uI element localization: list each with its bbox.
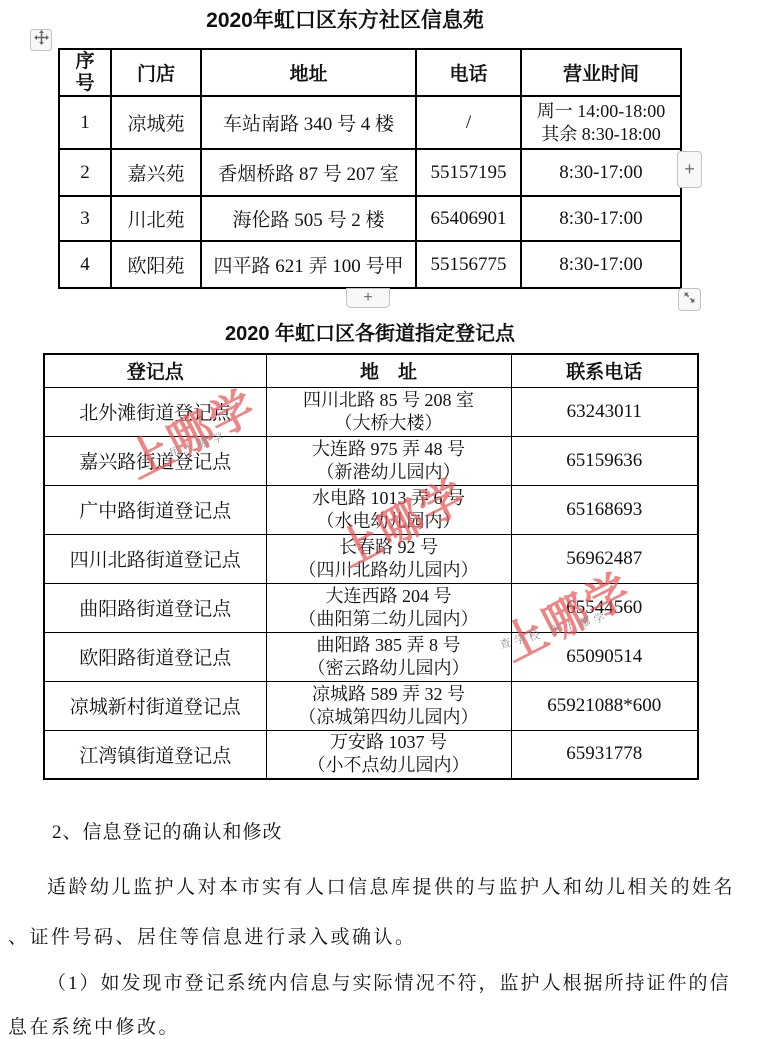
cell-address: 海伦路 505 号 2 楼 — [201, 196, 416, 241]
cell-address: 凉城路 589 弄 32 号 （凉城第四幼儿园内） — [266, 681, 511, 730]
paragraph-line: 、证件号码、居住等信息进行录入或确认。 — [8, 922, 417, 949]
cell-address: 大连西路 204 号 （曲阳第二幼儿园内） — [266, 583, 511, 632]
table-move-handle[interactable] — [30, 29, 52, 51]
header-address: 地址 — [201, 49, 416, 96]
cell-phone: 65090514 — [511, 632, 698, 681]
cell-address: 万安路 1037 号 （小不点幼儿园内） — [266, 730, 511, 779]
paragraph-line: （1）如发现市登记系统内信息与实际情况不符，监护人根据所持证件的信 — [47, 968, 731, 995]
cell-hours: 8:30-17:00 — [521, 196, 681, 241]
cell-store: 川北苑 — [111, 196, 201, 241]
table-row: 广中路街道登记点 水电路 1013 弄 6 号 （水电幼儿园内） 6516869… — [44, 485, 698, 534]
community-info-table: 序号 门店 地址 电话 营业时间 1 凉城苑 车站南路 340 号 4 楼 / … — [58, 48, 682, 289]
paragraph-line: 息在系统中修改。 — [8, 1012, 180, 1039]
table2-title: 2020 年虹口区各街道指定登记点 — [43, 317, 697, 346]
cell-no: 3 — [59, 196, 111, 241]
cell-point: 江湾镇街道登记点 — [44, 730, 266, 779]
add-column-button[interactable]: + — [677, 151, 702, 188]
registration-points-table: 登记点 地 址 联系电话 北外滩街道登记点 四川北路 85 号 208 室 （大… — [43, 353, 699, 780]
add-row-button[interactable]: + — [346, 288, 390, 308]
header-registration-point: 登记点 — [44, 354, 266, 387]
table-row: 江湾镇街道登记点 万安路 1037 号 （小不点幼儿园内） 65931778 — [44, 730, 698, 779]
table-row: 嘉兴路街道登记点 大连路 975 弄 48 号 （新港幼儿园内） 6515963… — [44, 436, 698, 485]
cell-phone: 65159636 — [511, 436, 698, 485]
table-row: 欧阳路街道登记点 曲阳路 385 弄 8 号 （密云路幼儿园内） 6509051… — [44, 632, 698, 681]
cell-phone: 65931778 — [511, 730, 698, 779]
cell-point: 凉城新村街道登记点 — [44, 681, 266, 730]
cell-address: 长春路 92 号 （四川北路幼儿园内） — [266, 534, 511, 583]
cell-store: 凉城苑 — [111, 96, 201, 149]
cell-phone: 65406901 — [416, 196, 521, 241]
cell-phone: 65544560 — [511, 583, 698, 632]
table-row: 2 嘉兴苑 香烟桥路 87 号 207 室 55157195 8:30-17:0… — [59, 149, 681, 196]
header-store: 门店 — [111, 49, 201, 96]
cell-store: 嘉兴苑 — [111, 149, 201, 196]
cell-no: 4 — [59, 241, 111, 288]
resize-icon — [683, 291, 696, 309]
cell-phone: 55157195 — [416, 149, 521, 196]
cell-hours: 8:30-17:00 — [521, 241, 681, 288]
cell-address: 香烟桥路 87 号 207 室 — [201, 149, 416, 196]
table-resize-handle[interactable] — [678, 288, 701, 311]
cell-phone: 63243011 — [511, 387, 698, 436]
table-row: 4 欧阳苑 四平路 621 弄 100 号甲 55156775 8:30-17:… — [59, 241, 681, 288]
cell-address: 四平路 621 弄 100 号甲 — [201, 241, 416, 288]
table-row: 北外滩街道登记点 四川北路 85 号 208 室 （大桥大楼） 63243011 — [44, 387, 698, 436]
cell-phone: / — [416, 96, 521, 149]
cell-point: 曲阳路街道登记点 — [44, 583, 266, 632]
paragraph-line: 适龄幼儿监护人对本市实有人口信息库提供的与监护人和幼儿相关的姓名 — [47, 872, 735, 899]
cell-hours: 8:30-17:00 — [521, 149, 681, 196]
table-row: 1 凉城苑 车站南路 340 号 4 楼 / 周一 14:00-18:00 其余… — [59, 96, 681, 149]
table-header-row: 登记点 地 址 联系电话 — [44, 354, 698, 387]
cell-point: 北外滩街道登记点 — [44, 387, 266, 436]
table-row: 曲阳路街道登记点 大连西路 204 号 （曲阳第二幼儿园内） 65544560 — [44, 583, 698, 632]
cell-address: 车站南路 340 号 4 楼 — [201, 96, 416, 149]
header-no: 序号 — [59, 49, 111, 96]
document-page: 2020年虹口区东方社区信息苑 序号 门店 地址 电话 营业时间 1 凉城苑 车… — [0, 0, 769, 1039]
cell-store: 欧阳苑 — [111, 241, 201, 288]
cell-point: 四川北路街道登记点 — [44, 534, 266, 583]
header-address: 地 址 — [266, 354, 511, 387]
cell-address: 大连路 975 弄 48 号 （新港幼儿园内） — [266, 436, 511, 485]
cell-point: 嘉兴路街道登记点 — [44, 436, 266, 485]
header-hours: 营业时间 — [521, 49, 681, 96]
header-contact-phone: 联系电话 — [511, 354, 698, 387]
cell-no: 1 — [59, 96, 111, 149]
cell-phone: 56962487 — [511, 534, 698, 583]
table-row: 凉城新村街道登记点 凉城路 589 弄 32 号 （凉城第四幼儿园内） 6592… — [44, 681, 698, 730]
table-row: 四川北路街道登记点 长春路 92 号 （四川北路幼儿园内） 56962487 — [44, 534, 698, 583]
header-phone: 电话 — [416, 49, 521, 96]
cell-address: 水电路 1013 弄 6 号 （水电幼儿园内） — [266, 485, 511, 534]
table1-title: 2020年虹口区东方社区信息苑 — [0, 4, 690, 34]
section-heading: 2、信息登记的确认和修改 — [52, 817, 283, 844]
cell-hours: 周一 14:00-18:00 其余 8:30-18:00 — [521, 96, 681, 149]
cell-address: 四川北路 85 号 208 室 （大桥大楼） — [266, 387, 511, 436]
cell-address: 曲阳路 385 弄 8 号 （密云路幼儿园内） — [266, 632, 511, 681]
cell-point: 广中路街道登记点 — [44, 485, 266, 534]
cell-point: 欧阳路街道登记点 — [44, 632, 266, 681]
cell-phone: 65921088*600 — [511, 681, 698, 730]
move-icon — [34, 30, 49, 50]
table-row: 3 川北苑 海伦路 505 号 2 楼 65406901 8:30-17:00 — [59, 196, 681, 241]
cell-phone: 55156775 — [416, 241, 521, 288]
cell-phone: 65168693 — [511, 485, 698, 534]
cell-no: 2 — [59, 149, 111, 196]
table-header-row: 序号 门店 地址 电话 营业时间 — [59, 49, 681, 96]
